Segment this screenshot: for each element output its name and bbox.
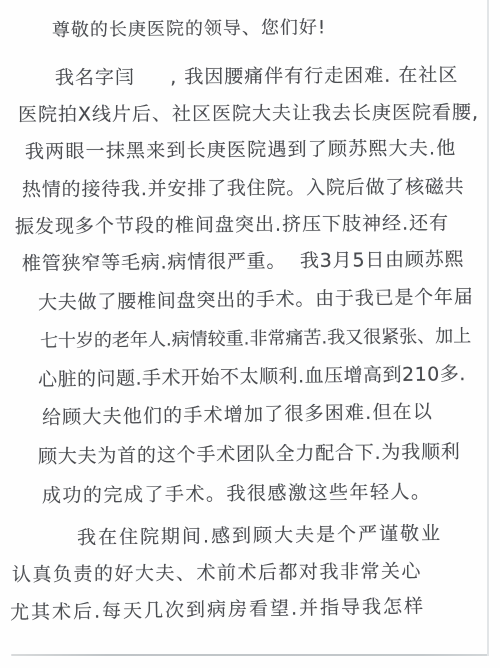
letter-body-line: 给顾大夫他们的手术增加了很多困难.但在以	[42, 401, 433, 430]
letter-body-line: 心脏的问题.手术开始不太顺利.血压增高到210多.	[38, 363, 466, 392]
letter-body-line: 振发现多个节段的椎间盘突出.挤压下肢神经.还有	[15, 212, 449, 239]
letter-body-line: 热情的接待我.并安排了我住院。入院后做了核磁共	[22, 176, 465, 202]
salutation-line: 尊敬的长庚医院的领导、您们好!	[52, 17, 326, 41]
paper-bottom-edge	[11, 654, 489, 656]
letter-body-line: 认真负责的好大夫、术前术后都对我非常关心	[12, 560, 422, 586]
letter-body-line: 我在住院期间.感到顾大夫是个严谨敬业	[77, 523, 442, 550]
letter-body-line: 大夫做了腰椎间盘突出的手术。由于我已是个年届	[38, 286, 474, 315]
letter-body-line: 七十岁的老年人.病情较重.非常痛苦.我又很紧张、加上	[40, 326, 471, 353]
letter-body-line: 我两眼一抹黑来到长庚医院遇到了顾苏熙大夫.他	[25, 137, 457, 164]
letter-body-line: 我名字闫 , 我因腰痛伴有行走困难. 在社区	[55, 64, 459, 90]
letter-body-line: 尤其术后.每天几次到病房看望.并指导我怎样	[10, 595, 425, 624]
letter-body-line: 顾大夫为首的这个手术团队全力配合下.为我顺利	[38, 441, 461, 469]
letter-body-line: 成功的完成了手术。我很感激这些年轻人。	[42, 481, 432, 508]
letter-body-line: 医院拍X线片后、社区医院大夫让我去长庚医院看腰,	[18, 102, 479, 127]
letter-body-line: 椎管狭窄等毛病.病情很严重。 我3月5日由顾苏熙	[22, 248, 465, 275]
paper-right-edge	[487, 0, 489, 656]
letter-page: 尊敬的长庚医院的领导、您们好! 我名字闫 , 我因腰痛伴有行走困难. 在社区 医…	[0, 0, 500, 668]
